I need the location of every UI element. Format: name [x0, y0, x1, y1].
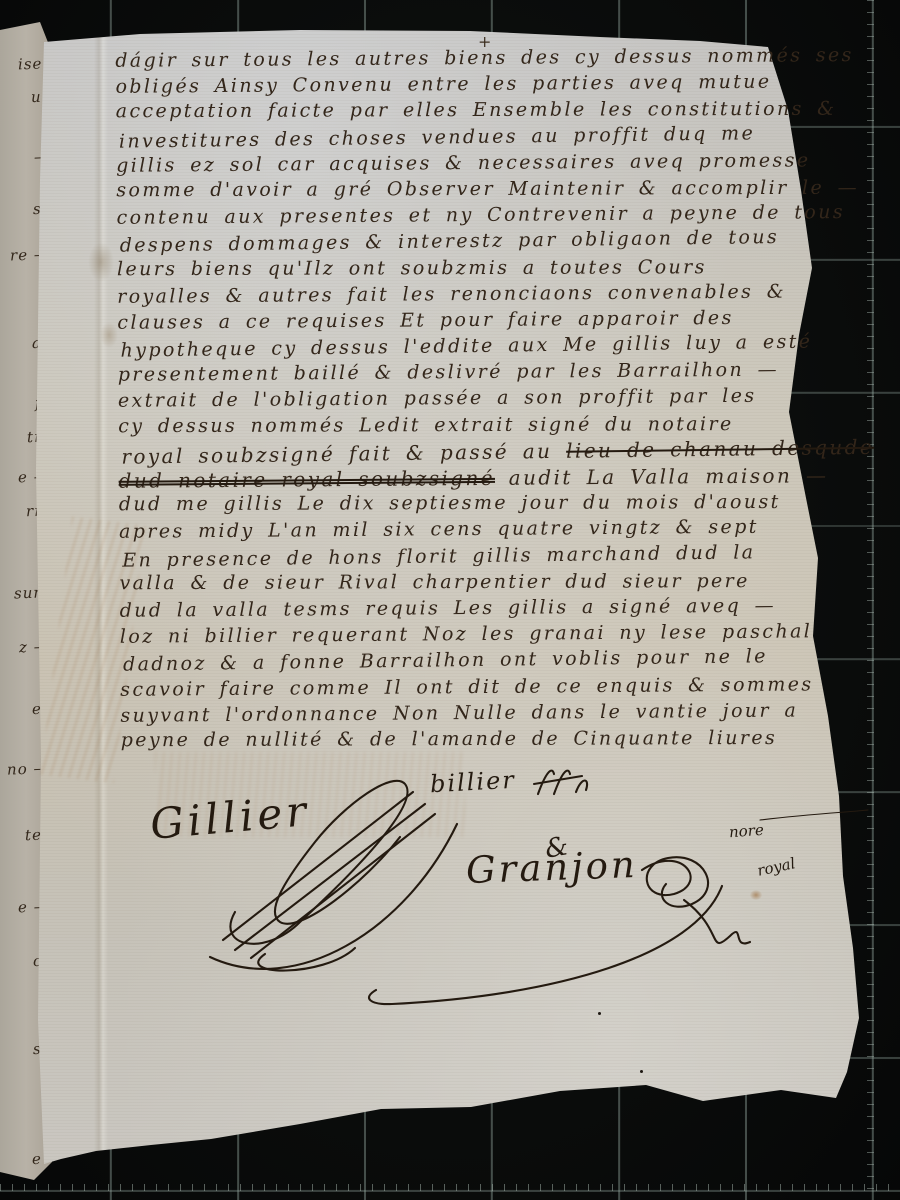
manuscript-line: suyvant l'ordonnance Non Nulle dans le v… [120, 699, 832, 731]
page-fragment: u [31, 88, 42, 106]
signature-billier: billier [429, 766, 516, 798]
page-fragment: z – [19, 638, 43, 657]
line-text: royal soubzsigné fait & passé au [121, 439, 552, 469]
page-fragment: e – [18, 898, 43, 917]
page-fragment: re – [9, 245, 42, 264]
mat-ruler-ticks-right [867, 0, 874, 1200]
line-text: audit La Valla maison — [509, 463, 829, 490]
paper-stain [88, 242, 114, 282]
signature-tail-flourish-icon [350, 868, 740, 1013]
mat-ruler-ticks-bottom [0, 1184, 900, 1191]
notary-title-rule-line [700, 806, 870, 826]
page-fragment: no – [7, 759, 43, 778]
manuscript-line: valla & de sieur Rival charpentier dud s… [119, 570, 831, 599]
page-fragment: e [32, 1150, 43, 1168]
ink-speck [640, 1070, 643, 1073]
manuscript-line: peyne de nullité & de l'amande de Cinqua… [121, 727, 833, 756]
strikethrough-text: lieu de chanau desqude [566, 435, 874, 463]
manuscript-text: dágir sur tous les autres biens des cy d… [115, 44, 833, 757]
page-fragment: te [25, 826, 43, 845]
manuscript-line: dud me gillis Le dix septiesme jour du m… [119, 491, 831, 520]
billier-flourish-icon [530, 762, 600, 802]
paper-stain [100, 322, 118, 348]
page-fragment: ise [17, 55, 42, 74]
manuscript-line: extrait de l'obligation passée a son pro… [118, 385, 830, 417]
manuscript-line: somme d'avoir a gré Observer Maintenir &… [116, 177, 828, 206]
manuscript-line: leurs biens qu'Ilz ont soubzmis a toutes… [117, 255, 829, 284]
